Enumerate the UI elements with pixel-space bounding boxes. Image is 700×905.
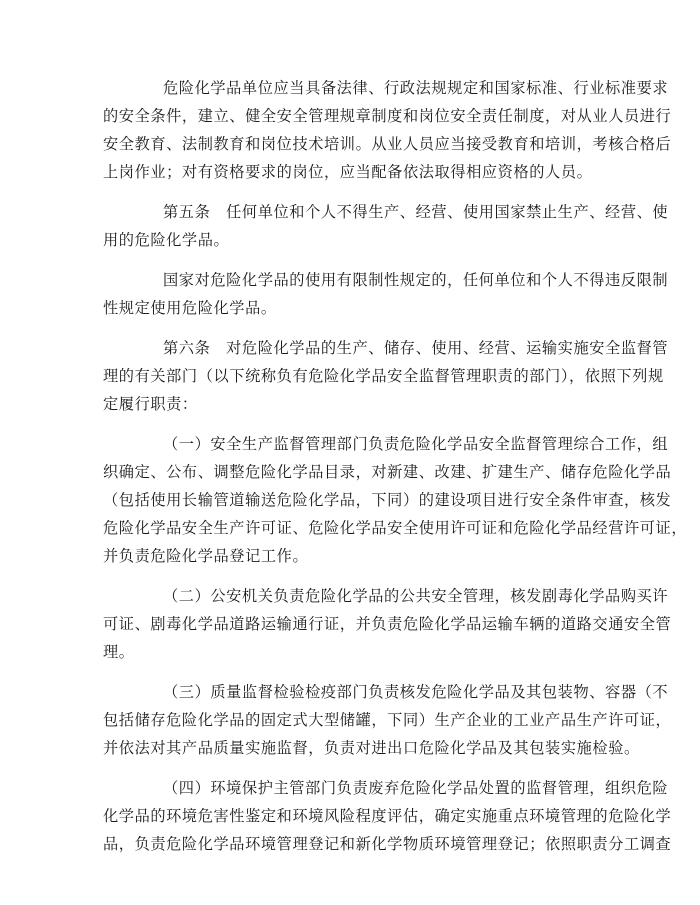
paragraph-item-4: （四）环境保护主管部门负责废弃危险化学品处置的监督管理，组织危险 化学品的环境危…	[103, 774, 599, 858]
text-line: 性规定使用危险化学品。	[103, 294, 599, 322]
paragraph-safety-conditions: 危险化学品单位应当具备法律、行政法规规定和国家标准、行业标准要求 的安全条件，建…	[103, 74, 599, 186]
text-line: （二）公安机关负责危险化学品的公共安全管理，核发剧毒化学品购买许	[103, 582, 599, 610]
text-line: 定履行职责：	[103, 390, 599, 418]
text-line: 并依法对其产品质量实施监督，负责对进出口危险化学品及其包装实施检验。	[103, 734, 599, 762]
paragraph-article-6: 第六条 对危险化学品的生产、储存、使用、经营、运输实施安全监督管 理的有关部门（…	[103, 334, 599, 418]
text-line: 理的有关部门（以下统称负有危险化学品安全监督管理职责的部门），依照下列规	[103, 362, 599, 390]
text-line: 并负责危险化学品登记工作。	[103, 542, 599, 570]
text-line: 可证、剧毒化学品道路运输通行证，并负责危险化学品运输车辆的道路交通安全管	[103, 610, 599, 638]
text-line: 第六条 对危险化学品的生产、储存、使用、经营、运输实施安全监督管	[103, 334, 599, 362]
paragraph-item-2: （二）公安机关负责危险化学品的公共安全管理，核发剧毒化学品购买许 可证、剧毒化学…	[103, 582, 599, 666]
text-line: 安全教育、法制教育和岗位技术培训。从业人员应当接受教育和培训，考核合格后	[103, 130, 599, 158]
text-line: 用的危险化学品。	[103, 226, 599, 254]
paragraph-restriction: 国家对危险化学品的使用有限制性规定的，任何单位和个人不得违反限制 性规定使用危险…	[103, 266, 599, 322]
text-line: （包括使用长输管道输送危险化学品，下同）的建设项目进行安全条件审查，核发	[103, 486, 599, 514]
text-line: 国家对危险化学品的使用有限制性规定的，任何单位和个人不得违反限制	[103, 266, 599, 294]
text-line: （四）环境保护主管部门负责废弃危险化学品处置的监督管理，组织危险	[103, 774, 599, 802]
paragraph-article-5: 第五条 任何单位和个人不得生产、经营、使用国家禁止生产、经营、使 用的危险化学品…	[103, 198, 599, 254]
text-line: 织确定、公布、调整危险化学品目录，对新建、改建、扩建生产、储存危险化学品	[103, 458, 599, 486]
document-page: 危险化学品单位应当具备法律、行政法规规定和国家标准、行业标准要求 的安全条件，建…	[103, 74, 599, 870]
text-line: 的安全条件，建立、健全安全管理规章制度和岗位安全责任制度，对从业人员进行	[103, 102, 599, 130]
text-line: （一）安全生产监督管理部门负责危险化学品安全监督管理综合工作，组	[103, 430, 599, 458]
text-line: 第五条 任何单位和个人不得生产、经营、使用国家禁止生产、经营、使	[103, 198, 599, 226]
text-line: 上岗作业；对有资格要求的岗位，应当配备依法取得相应资格的人员。	[103, 158, 599, 186]
text-line: 包括储存危险化学品的固定式大型储罐，下同）生产企业的工业产品生产许可证，	[103, 706, 599, 734]
text-line: 化学品的环境危害性鉴定和环境风险程度评估，确定实施重点环境管理的危险化学	[103, 802, 599, 830]
paragraph-item-1: （一）安全生产监督管理部门负责危险化学品安全监督管理综合工作，组 织确定、公布、…	[103, 430, 599, 570]
paragraph-item-3: （三）质量监督检验检疫部门负责核发危险化学品及其包装物、容器（不 包括储存危险化…	[103, 678, 599, 762]
text-line: 理。	[103, 638, 599, 666]
text-line: 品，负责危险化学品环境管理登记和新化学物质环境管理登记；依照职责分工调查	[103, 830, 599, 858]
text-line: 危险化学品安全生产许可证、危险化学品安全使用许可证和危险化学品经营许可证，	[103, 514, 599, 542]
text-line: 危险化学品单位应当具备法律、行政法规规定和国家标准、行业标准要求	[103, 74, 599, 102]
text-line: （三）质量监督检验检疫部门负责核发危险化学品及其包装物、容器（不	[103, 678, 599, 706]
